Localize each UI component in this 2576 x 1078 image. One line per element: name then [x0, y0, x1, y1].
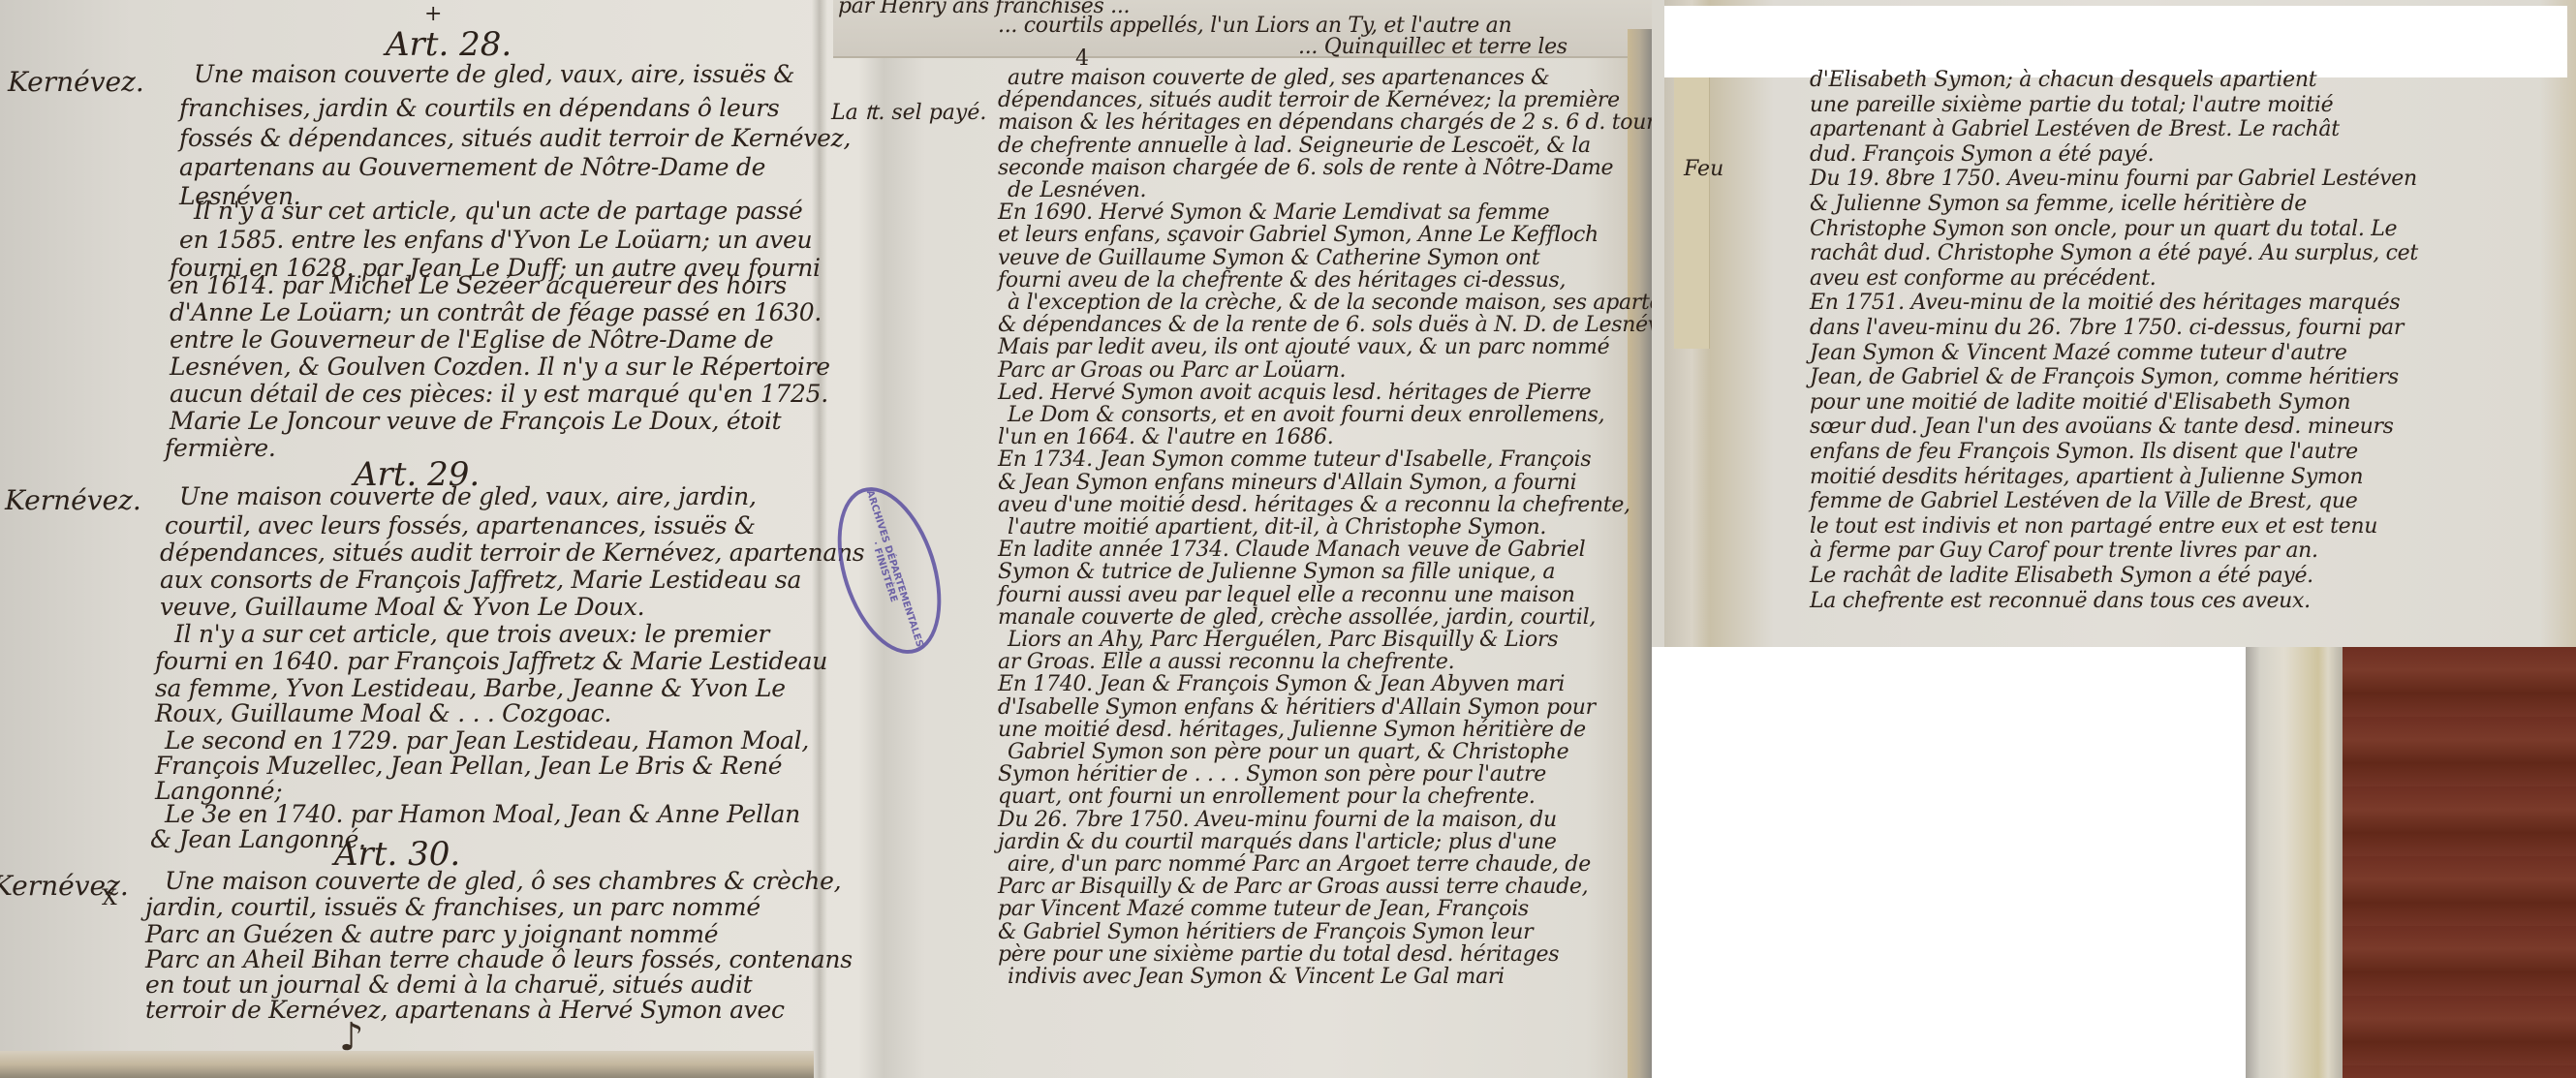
text-line: et leurs enfans, sçavoir Gabriel Symon, …: [998, 223, 1598, 247]
margin-note-art29: Kernévez.: [5, 484, 141, 516]
text-line: & dépendances & de la rente de 6. sols d…: [998, 313, 1652, 337]
text-line: pour une moitié de ladite moitié d'Elisa…: [1810, 390, 2350, 415]
text-line: ar Groas. Elle a aussi reconnu la chefre…: [998, 650, 1454, 674]
text-line: Le second en 1729. par Jean Lestideau, H…: [165, 726, 809, 755]
text-line: dud. François Symon a été payé.: [1810, 142, 2154, 167]
archive-stamp: ARCHIVES DÉPARTEMENTALES · FINISTÈRE: [819, 475, 960, 667]
text-line: François Muzellec, Jean Pellan, Jean Le …: [155, 752, 782, 780]
stamp-text: ARCHIVES DÉPARTEMENTALES · FINISTÈRE: [853, 489, 924, 652]
text-line: veuve de Guillaume Symon & Catherine Sym…: [998, 246, 1539, 270]
text-line: maison & les héritages en dépendans char…: [998, 110, 1652, 135]
text-line: En ladite année 1734. Claude Manach veuv…: [998, 538, 1585, 562]
text-line: aire, d'un parc nommé Parc an Argoet ter…: [1008, 852, 1591, 877]
blank-area: [1652, 647, 2246, 1078]
flourish-signature-icon: ♪: [339, 1015, 364, 1060]
text-line: dans l'aveu-minu du 26. 7bre 1750. ci-de…: [1810, 316, 2404, 340]
text-line: La chefrente est reconnuë dans tous ces …: [1810, 589, 2311, 613]
text-line: Une maison couverte de gled, vaux, aire,…: [194, 60, 794, 88]
text-line: Jean Symon & Vincent Mazé comme tuteur d…: [1810, 341, 2347, 365]
text-line: Lesnéven, & Goulven Cozden. Il n'y a sur…: [170, 353, 830, 381]
page-mark: +: [424, 2, 442, 26]
text-line: aveu est conforme au précédent.: [1810, 266, 2156, 291]
right-photograph: Feu d'Elisabeth Symon; à chacun desquels…: [1664, 0, 2576, 647]
text-line: Parc ar Bisquilly & de Parc ar Groas aus…: [998, 875, 1588, 899]
text-line: apartenans au Gouvernement de Nôtre-Dame…: [179, 153, 765, 181]
text-line: Jean, de Gabriel & de François Symon, co…: [1810, 365, 2399, 389]
text-line: Il n'y a sur cet article, qu'un acte de …: [194, 197, 803, 225]
text-line: Parc an Aheil Bihan terre chaude ô leurs…: [145, 945, 853, 973]
margin-note-middle: La ₶. sel payé.: [831, 97, 986, 126]
text-line: Une maison couverte de gled, ô ses chamb…: [165, 867, 841, 895]
article-heading-28: Art. 28.: [386, 25, 512, 64]
text-line: fermière.: [165, 434, 276, 462]
text-line: Parc ar Groas ou Parc ar Loüarn.: [998, 358, 1346, 383]
text-line: En 1740. Jean & François Symon & Jean Ab…: [998, 672, 1565, 696]
text-line: Symon héritier de . . . . Symon son père…: [998, 762, 1546, 786]
text-line: enfans de feu François Symon. Ils disent…: [1810, 440, 2358, 464]
text-line: de Lesnéven.: [1008, 178, 1146, 202]
text-line: Christophe Symon son oncle, pour un quar…: [1810, 217, 2397, 241]
text-line: Il n'y a sur cet article, que trois aveu…: [174, 620, 769, 648]
text-line: à l'exception de la crèche, & de la seco…: [1008, 291, 1652, 315]
text-line: père pour une sixième partie du total de…: [998, 942, 1559, 967]
text-line: dépendances, situés audit terroir de Ker…: [160, 539, 864, 567]
text-line: sœur dud. Jean l'un des avoüans & tante …: [1810, 415, 2394, 439]
text-line: autre maison couverte de gled, ses apart…: [1008, 66, 1549, 90]
text-line: Marie Le Joncour veuve de François Le Do…: [170, 407, 781, 435]
text-line: ... Quinquillec et terre les: [1298, 35, 1567, 59]
text-line: manale couverte de gled, crèche assollée…: [998, 605, 1596, 630]
text-line: à ferme par Guy Carof pour trente livres…: [1810, 539, 2318, 563]
text-line: courtil, avec leurs fossés, apartenances…: [165, 511, 756, 539]
text-line: Led. Hervé Symon avoit acquis lesd. héri…: [998, 381, 1591, 405]
text-line: En 1690. Hervé Symon & Marie Lemdivat sa…: [998, 200, 1549, 225]
text-line: Roux, Guillaume Moal & . . . Cozgoac.: [155, 699, 611, 727]
text-line: Le rachât de ladite Elisabeth Symon a ét…: [1810, 564, 2313, 588]
text-line: veuve, Guillaume Moal & Yvon Le Doux.: [160, 593, 644, 621]
left-photograph: + Art. 28. Kernévez. Une maison couverte…: [0, 0, 1652, 1078]
text-line: d'Anne Le Loüarn; un contrât de féage pa…: [170, 298, 822, 326]
text-line: seconde maison chargée de 6. sols de ren…: [998, 156, 1613, 180]
text-line: quart, ont fourni un enrollement pour la…: [998, 785, 1536, 809]
text-line: aux consorts de François Jaffretz, Marie…: [160, 566, 801, 594]
paper-tab: [1674, 77, 1710, 349]
text-line: une pareille sixième partie du total; l'…: [1810, 93, 2333, 117]
text-line: & Julienne Symon sa femme, icelle hériti…: [1810, 192, 2307, 216]
text-line: En 1734. Jean Symon comme tuteur d'Isabe…: [998, 447, 1591, 472]
text-line: Symon & tutrice de Julienne Symon sa fil…: [998, 560, 1555, 584]
text-line: franchises, jardin & courtils en dépenda…: [179, 94, 779, 122]
text-line: le tout est indivis et non partagé entre…: [1810, 514, 2377, 539]
text-line: jardin, courtil, issuës & franchises, un…: [145, 893, 760, 921]
text-line: fourni aussi aveu par lequel elle a reco…: [998, 583, 1575, 607]
text-line: en 1585. entre les enfans d'Yvon Le Loüa…: [179, 226, 812, 254]
redaction-box: [1664, 6, 2567, 77]
text-line: l'un en 1664. & l'autre en 1686.: [998, 425, 1333, 449]
page-right-edge: [1628, 29, 1652, 1078]
text-line: moitié desdits héritages, apartient à Ju…: [1810, 465, 2363, 489]
text-line: En 1751. Aveu-minu de la moitié des héri…: [1810, 291, 2400, 315]
margin-note-art28: Kernévez.: [8, 66, 144, 98]
page-bottom-edge: [0, 1051, 814, 1078]
text-line: d'Elisabeth Symon; à chacun desquels apa…: [1810, 68, 2316, 92]
text-line: fourni en 1640. par François Jaffretz & …: [155, 647, 827, 675]
text-line: fossés & dépendances, situés audit terro…: [179, 124, 851, 152]
text-line: en tout un journal & demi à la charuë, s…: [145, 970, 752, 999]
text-line: dépendances, situés audit terroir de Ker…: [998, 88, 1620, 112]
text-line: d'Isabelle Symon enfans & héritiers d'Al…: [998, 695, 1596, 720]
text-line: Parc an Guézen & autre parc y joignant n…: [145, 920, 718, 948]
text-line: Du 26. 7bre 1750. Aveu-minu fourni de la…: [998, 808, 1557, 832]
text-line: fourni aveu de la chefrente & des hérita…: [998, 268, 1566, 293]
text-line: sa femme, Yvon Lestideau, Barbe, Jeanne …: [155, 674, 786, 702]
text-line: rachât dud. Christophe Symon a été payé.…: [1810, 241, 2418, 265]
page-edges-strip: [2246, 647, 2343, 1078]
margin-note-right: Feu: [1684, 157, 1723, 181]
text-line: femme de Gabriel Lestéven de la Ville de…: [1810, 489, 2358, 513]
text-line: l'autre moitié apartient, dit-il, à Chri…: [1008, 515, 1546, 539]
margin-x-mark: X: [102, 886, 117, 910]
text-line: terroir de Kernévez, apartenans à Hervé …: [145, 996, 785, 1024]
text-line: Mais par ledit aveu, ils ont ajouté vaux…: [998, 335, 1609, 359]
text-line: de chefrente annuelle à lad. Seigneurie …: [998, 134, 1591, 158]
text-line: & Gabriel Symon héritiers de François Sy…: [998, 920, 1533, 944]
text-line: Du 19. 8bre 1750. Aveu-minu fourni par G…: [1810, 167, 2417, 191]
wooden-surface: [2343, 647, 2576, 1078]
text-line: jardin & du courtil marqués dans l'artic…: [998, 830, 1557, 854]
text-line: Le Dom & consorts, et en avoit fourni de…: [1008, 403, 1604, 427]
text-line: par Vincent Mazé comme tuteur de Jean, F…: [998, 897, 1529, 921]
text-line: indivis avec Jean Symon & Vincent Le Gal…: [1008, 965, 1505, 989]
text-line: entre le Gouverneur de l'Eglise de Nôtre…: [170, 325, 773, 354]
text-line: une moitié desd. héritages, Julienne Sym…: [998, 718, 1586, 742]
text-line: en 1614. par Michel Le Sezéer acquéreur …: [170, 271, 787, 299]
text-line: apartenant à Gabriel Lestéven de Brest. …: [1810, 117, 2340, 141]
text-line: aucun détail de ces pièces: il y est mar…: [170, 380, 828, 408]
text-line: Le 3e en 1740. par Hamon Moal, Jean & An…: [165, 800, 800, 828]
text-line: Une maison couverte de gled, vaux, aire,…: [179, 482, 757, 510]
text-line: Gabriel Symon son père pour un quart, & …: [1008, 740, 1568, 764]
text-line: & Jean Symon enfans mineurs d'Allain Sym…: [998, 471, 1576, 495]
text-line: aveu d'une moitié desd. héritages & a re…: [998, 493, 1630, 517]
text-line: Liors an Ahy, Parc Herguélen, Parc Bisqu…: [1008, 628, 1558, 652]
